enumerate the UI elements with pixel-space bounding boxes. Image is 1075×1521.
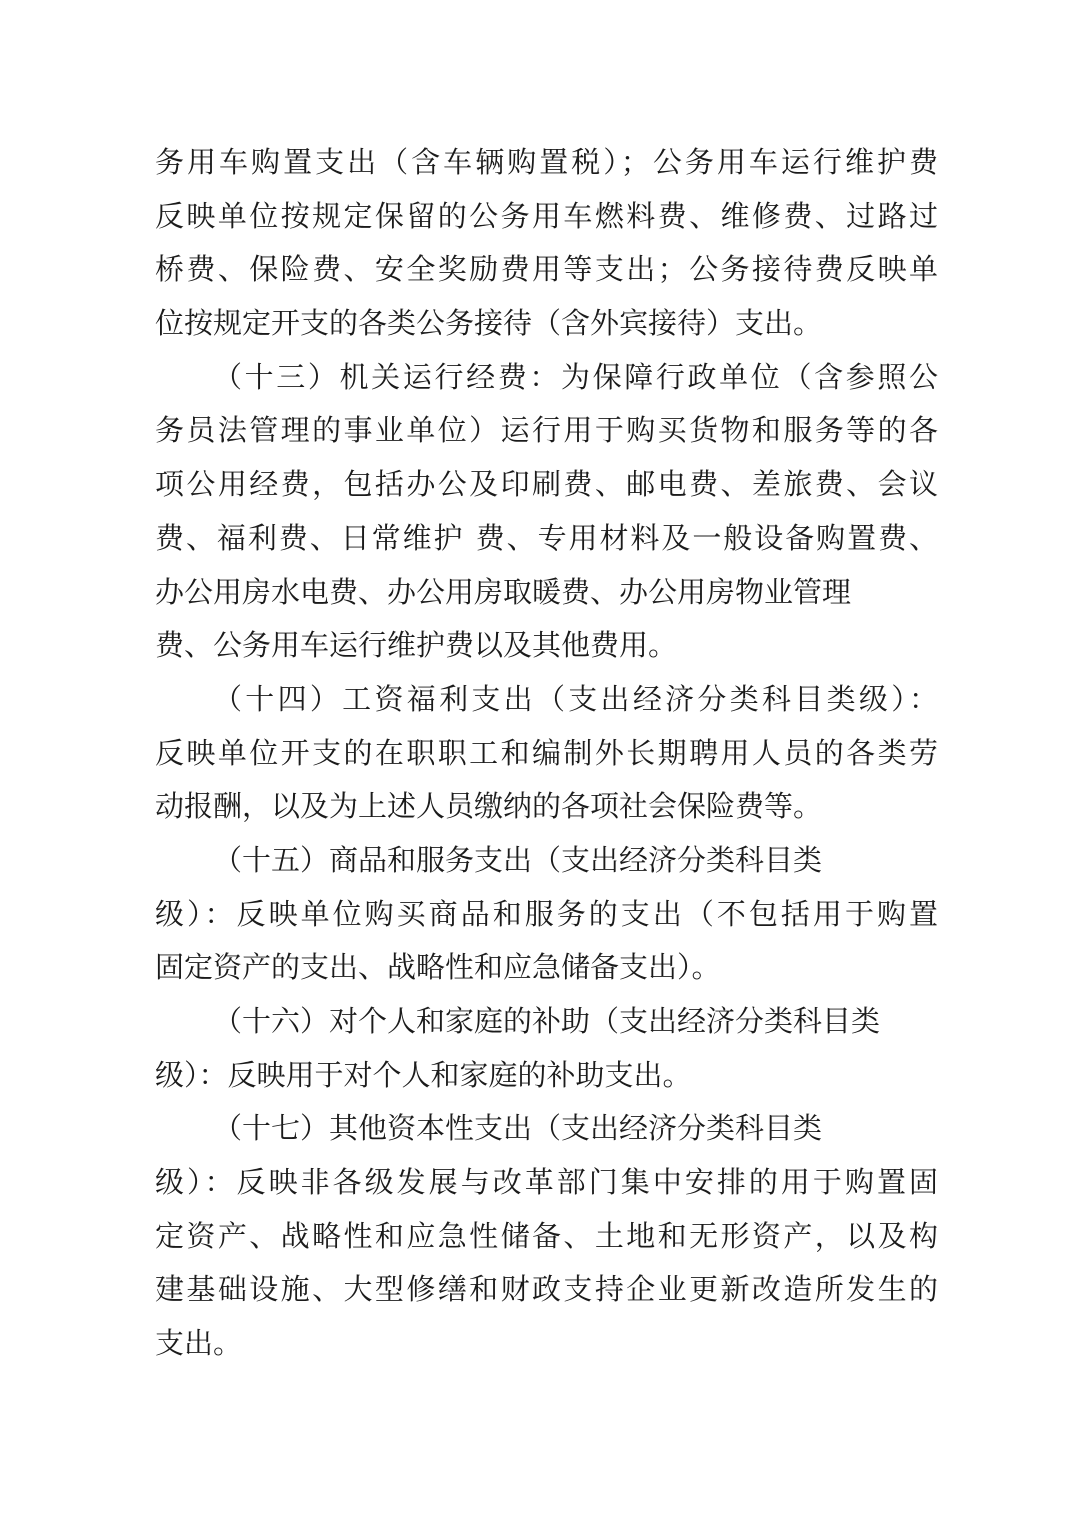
- text-line: 级）：反映用于对个人和家庭的补助支出。: [155, 1049, 938, 1103]
- text-line: 级）：反映单位购买商品和服务的支出（不包括用于购置: [155, 888, 938, 942]
- text-line: （十三）机关运行经费：为保障行政单位（含参照公: [155, 351, 938, 405]
- text-line: 项公用经费，包括办公及印刷费、邮电费、差旅费、会议: [155, 458, 938, 512]
- text-line: 务员法管理的事业单位）运行用于购买货物和服务等的各: [155, 404, 938, 458]
- text-line: 固定资产的支出、战略性和应急储备支出）。: [155, 941, 938, 995]
- text-line: 费、福利费、日常维护 费、专用材料及一般设备购置费、: [155, 512, 938, 566]
- text-line: 桥费、保险费、安全奖励费用等支出；公务接待费反映单: [155, 243, 938, 297]
- text-line: 动报酬，以及为上述人员缴纳的各项社会保险费等。: [155, 780, 938, 834]
- text-line: 反映单位开支的在职职工和编制外长期聘用人员的各类劳: [155, 727, 938, 781]
- text-line: （十四）工资福利支出（支出经济分类科目类级）：: [155, 673, 938, 727]
- text-line: 支出。: [155, 1317, 938, 1371]
- text-line: 办公用房水电费、办公用房取暖费、办公用房物业管理: [155, 566, 938, 620]
- text-line: 反映单位按规定保留的公务用车燃料费、维修费、过路过: [155, 190, 938, 244]
- text-line: 定资产、战略性和应急性储备、土地和无形资产，以及构: [155, 1210, 938, 1264]
- text-line: （十五）商品和服务支出（支出经济分类科目类: [155, 834, 938, 888]
- text-line: 费、公务用车运行维护费以及其他费用。: [155, 619, 938, 673]
- document-page: 务用车购置支出（含车辆购置税）；公务用车运行维护费反映单位按规定保留的公务用车燃…: [0, 0, 1075, 1521]
- document-text: 务用车购置支出（含车辆购置税）；公务用车运行维护费反映单位按规定保留的公务用车燃…: [155, 136, 938, 1371]
- text-line: 位按规定开支的各类公务接待（含外宾接待）支出。: [155, 297, 938, 351]
- text-line: 务用车购置支出（含车辆购置税）；公务用车运行维护费: [155, 136, 938, 190]
- text-line: 级）：反映非各级发展与改革部门集中安排的用于购置固: [155, 1156, 938, 1210]
- text-line: （十七）其他资本性支出（支出经济分类科目类: [155, 1102, 938, 1156]
- text-line: 建基础设施、大型修缮和财政支持企业更新改造所发生的: [155, 1263, 938, 1317]
- text-line: （十六）对个人和家庭的补助（支出经济分类科目类: [155, 995, 938, 1049]
